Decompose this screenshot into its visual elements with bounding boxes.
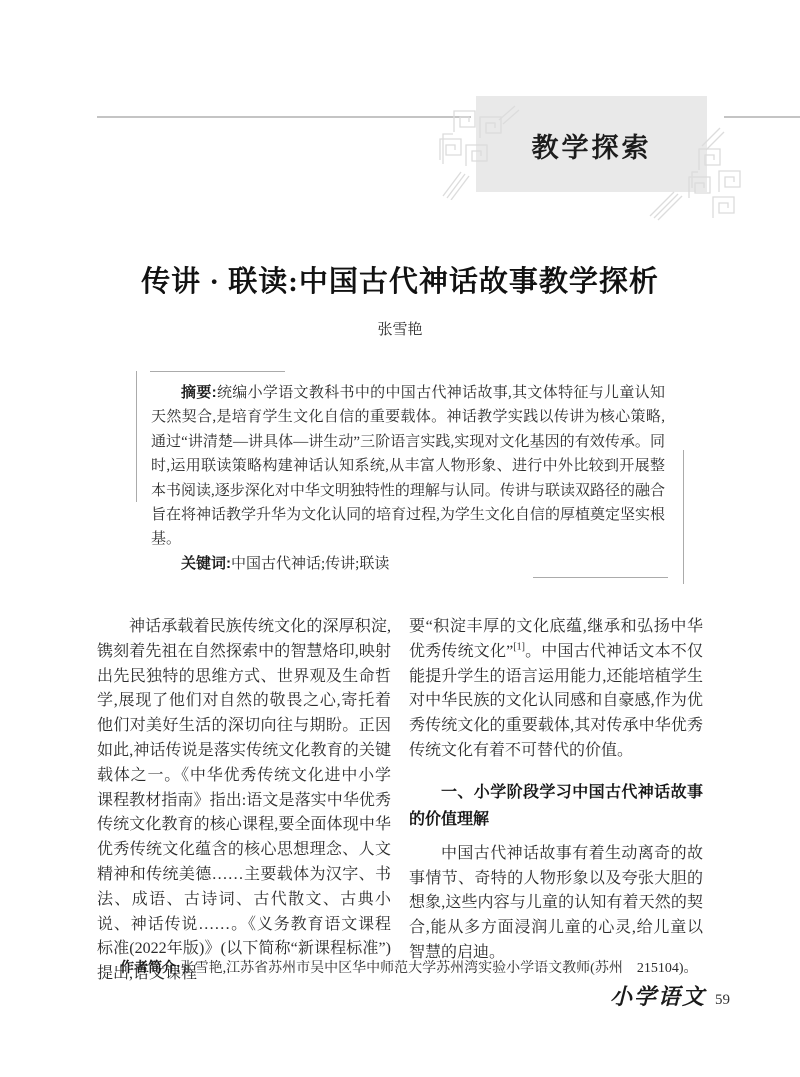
page-footer: 小学语文 59 [610, 980, 730, 1011]
author-bio: 作者简介:张雪艳,江苏省苏州市吴中区华中师范大学苏州湾实验小学语文教师(苏州 2… [120, 956, 730, 980]
keywords-text: 中国古代神话;传讲;联读 [231, 556, 389, 572]
abstract-rule-top [150, 371, 285, 372]
reference-marker: [1] [513, 641, 525, 652]
keywords-label: 关键词: [181, 555, 231, 572]
article-title: 传讲 · 联读:中国古代神话故事教学探析 [97, 259, 703, 300]
header-rule-left [97, 116, 471, 118]
section-heading: 一、小学阶段学习中国古代神话故事的价值理解 [409, 779, 703, 833]
body-column-left: 神话承载着民族传统文化的深厚积淀,镌刻着先祖在自然探索中的智慧烙印,映射出先民独… [97, 615, 391, 987]
keywords-line: 关键词:中国古代神话;传讲;联读 [151, 552, 665, 576]
abstract-paragraph: 摘要:统编小学语文教科书中的中国古代神话故事,其文体特征与儿童认知天然契合,是培… [151, 381, 665, 552]
abstract-rule-left [136, 371, 137, 502]
abstract-label: 摘要: [181, 384, 217, 401]
right-paragraph-continuation: 要“积淀丰厚的文化底蕴,继承和弘扬中华优秀传统文化”[1]。中国古代神话文本不仅… [409, 615, 703, 764]
journal-name: 小学语文 [610, 980, 706, 1011]
page-number: 59 [715, 992, 730, 1009]
author-bio-text: 张雪艳,江苏省苏州市吴中区华中师范大学苏州湾实验小学语文教师(苏州 215104… [181, 961, 698, 976]
author-bio-label: 作者简介: [120, 959, 181, 975]
section-paragraph: 中国古代神话故事有着生动离奇的故事情节、奇特的人物形象以及夸张大胆的想象,这些内… [409, 842, 703, 966]
journal-page: 教学探索 传讲 · 联读:中国古代神话故事教学探析 张雪艳 [0, 0, 800, 1077]
body-column-right: 要“积淀丰厚的文化底蕴,继承和弘扬中华优秀传统文化”[1]。中国古代神话文本不仅… [409, 615, 703, 966]
header-rule-right [724, 116, 800, 118]
article-author: 张雪艳 [97, 318, 703, 339]
paragraph-segment: 。中国古代神话文本不仅能提升学生的语言运用能力,还能培植学生对中华民族的文化认同… [409, 643, 703, 759]
fret-pattern-right-icon [648, 126, 744, 222]
fret-pattern-left-icon [437, 104, 527, 200]
abstract-text: 统编小学语文教科书中的中国古代神话故事,其文体特征与儿童认知天然契合,是培育学生… [151, 385, 665, 547]
abstract-block: 摘要:统编小学语文教科书中的中国古代神话故事,其文体特征与儿童认知天然契合,是培… [151, 381, 665, 576]
abstract-rule-bottom [533, 577, 668, 578]
abstract-rule-right [683, 450, 684, 584]
left-paragraph: 神话承载着民族传统文化的深厚积淀,镌刻着先祖在自然探索中的智慧烙印,映射出先民独… [97, 615, 391, 987]
